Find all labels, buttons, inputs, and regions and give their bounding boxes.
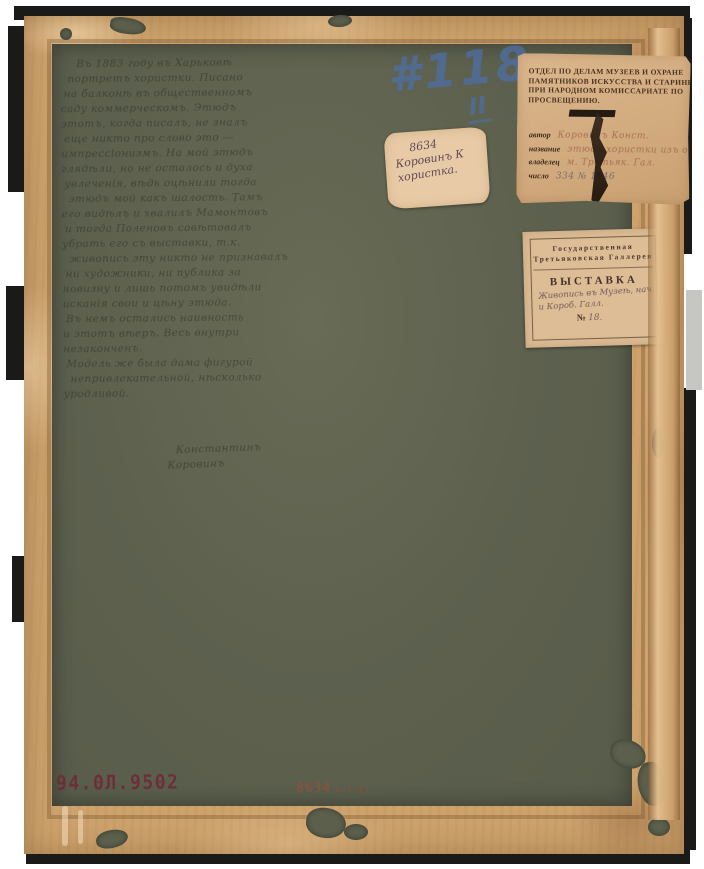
inventory-stamp: 94.0Л.9502 [56,773,180,796]
backdrop-left-middle [6,286,25,380]
ink-bar [569,110,616,117]
exhibition-number: 18. [588,313,603,323]
number-sign: № [577,312,586,322]
paper-tear-patch [60,28,72,40]
gallery-name-line: Третьяковская Галлерея [533,251,653,264]
backdrop-shadow-right [686,290,702,390]
photo-of-painting-verso: Въ 1883 году въ Харьковѣпортретъ хористк… [0,0,704,869]
frame-scuff [78,810,83,844]
faint-stamp-suffix: с.т.с. [335,785,370,794]
field-value-handwritten: м. Третьяк. Гал. [567,158,656,169]
inventory-label-small: 8634Коровинъ Кхористка. [383,127,490,210]
commissariat-field-row: авторКоровинъ Конст. [529,122,690,133]
commissariat-header-line: ПРОСВЕЩЕНИЮ. [528,95,682,106]
field-label: число [528,171,548,180]
inscription-line: уродливой. [64,385,314,403]
field-value-handwritten: этюдъ хористки изъ оперы [567,144,704,156]
faint-number-stamp: 8634с.т.с. [296,781,370,797]
inscription-signature: КонстантинъКоровинъ [160,440,262,474]
frame-scuff [62,806,68,846]
field-value-handwritten: 334 № 1146 [556,171,615,182]
commissariat-label: ОТДЕЛ ПО ДЕЛАМ МУЗЕЕВ И ОХРАНЕПАМЯТНИКОВ… [516,53,691,205]
paper-tear-patch [648,818,670,836]
field-value-handwritten: Коровинъ Конст. [558,131,650,142]
chalk-number: #118 [386,40,533,98]
exhibition-label: ГосударственнаяТретьяковская Галлерея ВЫ… [522,228,665,348]
chalk-roman-numeral: II [464,92,492,124]
paper-tear-patch [344,824,368,840]
handwritten-inscription: Въ 1883 году въ Харьковѣпортретъ хористк… [60,55,314,403]
